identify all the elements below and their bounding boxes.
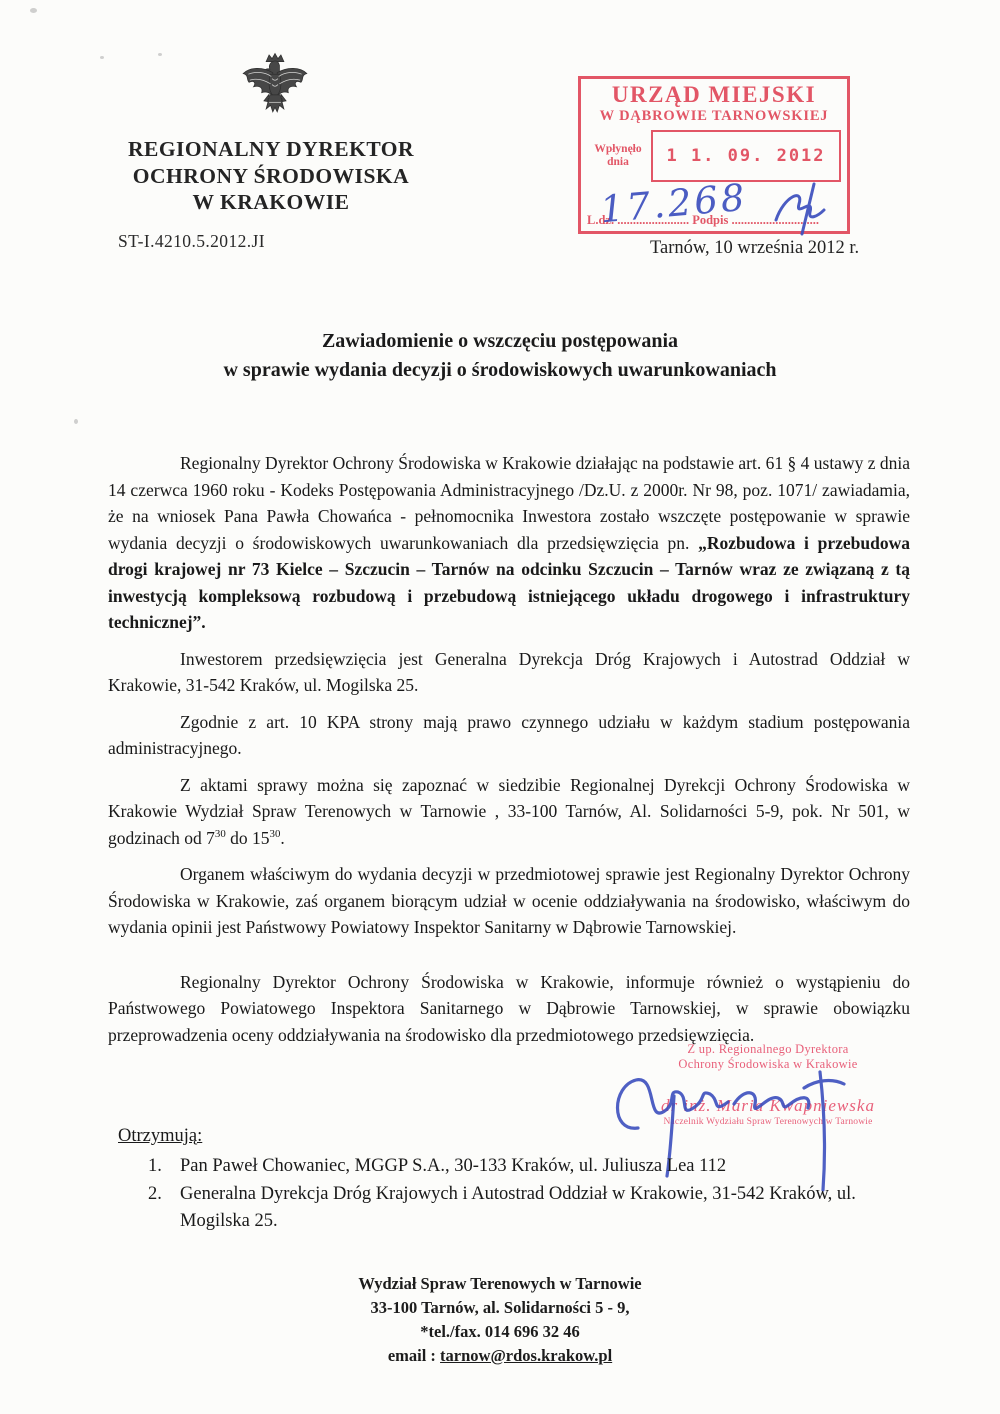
email-label: email : [388, 1346, 440, 1365]
case-number: ST-I.4210.5.2012.JI [118, 231, 265, 252]
handwritten-initials-icon [768, 178, 838, 240]
email-address: tarnow@rdos.krakow.pl [440, 1346, 612, 1365]
scanned-letter-page: { "header": { "sender_line1": "REGIONALN… [0, 0, 1000, 1414]
recipient-item: 1. Pan Paweł Chowaniec, MGGP S.A., 30-13… [118, 1153, 918, 1181]
title-line2: w sprawie wydania decyzji o środowiskowy… [0, 356, 1000, 385]
footer-contact-block: Wydział Spraw Terenowych w Tarnowie 33-1… [0, 1272, 1000, 1368]
scan-speck [158, 53, 162, 56]
sender-line1: REGIONALNY DYREKTOR [96, 136, 446, 163]
scan-speck [30, 8, 37, 13]
footer-email-line: email : tarnow@rdos.krakow.pl [0, 1344, 1000, 1368]
footer-department: Wydział Spraw Terenowych w Tarnowie [0, 1272, 1000, 1296]
stamp-date-box: 1 1. 09. 2012 [651, 130, 841, 182]
paragraph-investor: Inwestorem przedsięwzięcia jest Generaln… [108, 646, 910, 699]
recipient-item: 2. Generalna Dyrekcja Dróg Krajowych i A… [118, 1181, 918, 1236]
recipients-section: Otrzymują: 1. Pan Paweł Chowaniec, MGGP … [118, 1126, 918, 1236]
place-and-date: Tarnów, 10 września 2012 r. [650, 238, 859, 259]
paragraph-legal-basis: Regionalny Dyrektor Ochrony Środowiska w… [108, 450, 910, 636]
document-title: Zawiadomienie o wszczęciu postępowania w… [0, 327, 1000, 385]
stamp-office-line1: URZĄD MIEJSKI [587, 82, 841, 108]
sender-line3: W KRAKOWIE [96, 189, 446, 216]
stamp-office-line2: W DĄBROWIE TARNOWSKIEJ [587, 108, 841, 125]
title-line1: Zawiadomienie o wszczęciu postępowania [0, 327, 1000, 356]
paragraph-sanitary-inspector: Regionalny Dyrektor Ochrony Środowiska w… [108, 969, 910, 1049]
paragraph-competent-authority: Organem właściwym do wydania decyzji w p… [108, 861, 910, 941]
stamp-received-label: Wpłynęło dnia [587, 143, 649, 169]
sender-block: REGIONALNY DYREKTOR OCHRONY ŚRODOWISKA W… [96, 136, 446, 216]
scan-speck [100, 56, 104, 59]
sender-line2: OCHRONY ŚRODOWISKA [96, 163, 446, 190]
letter-body: Regionalny Dyrektor Ochrony Środowiska w… [108, 450, 910, 1058]
paragraph-kpa-rights: Zgodnie z art. 10 KPA strony mają prawo … [108, 709, 910, 762]
paragraph-case-files: Z aktami sprawy można się zapoznać w sie… [108, 772, 910, 852]
scan-speck [74, 419, 78, 424]
footer-address: 33-100 Tarnów, al. Solidarności 5 - 9, [0, 1296, 1000, 1320]
recipients-heading: Otrzymują: [118, 1126, 918, 1147]
stamp-received-date: 1 1. 09. 2012 [666, 146, 825, 166]
polish-eagle-emblem-icon [238, 52, 312, 126]
footer-phone: *tel./fax. 014 696 32 46 [0, 1320, 1000, 1344]
